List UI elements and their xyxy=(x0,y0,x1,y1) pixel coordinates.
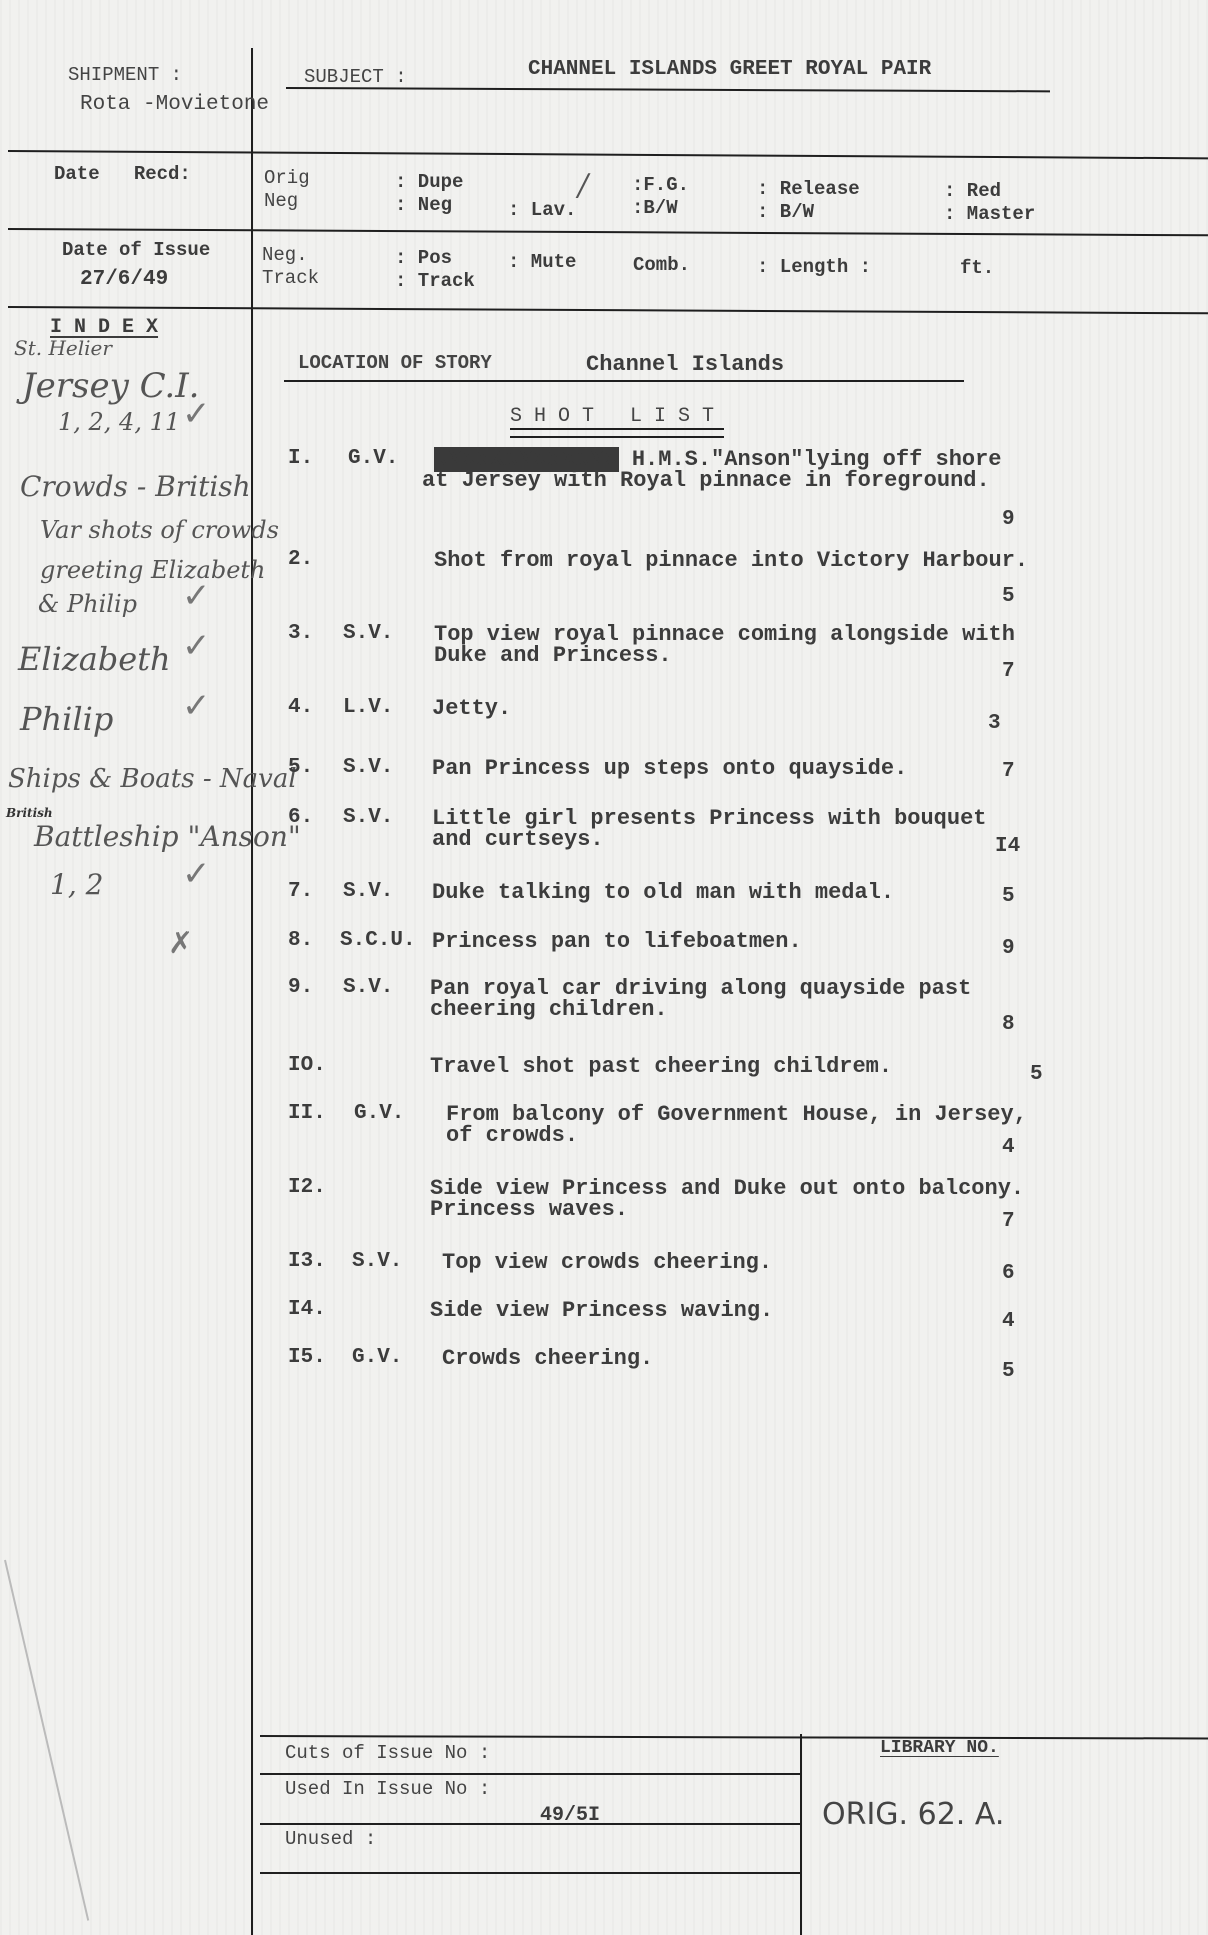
shot-view-code: S.V. xyxy=(343,976,393,999)
shot-length: 5 xyxy=(1002,585,1015,608)
length-unit: ft. xyxy=(960,257,994,280)
shot-view-code: G.V. xyxy=(354,1102,404,1125)
index-entry: 1, 2, 4, 11 xyxy=(58,408,180,436)
shot-description: Pan royal car driving along quayside pas… xyxy=(430,978,971,1020)
mute-label: : Mute xyxy=(508,251,576,274)
shot-number: 4. xyxy=(288,696,313,719)
shot-number: 6. xyxy=(288,806,313,829)
location-underline xyxy=(284,380,964,382)
check-mark-icon: ✓ xyxy=(182,394,211,434)
shot-view-code: S.V. xyxy=(352,1250,402,1273)
index-entry: Elizabeth xyxy=(18,640,171,678)
shot-list-title-underline-2 xyxy=(510,436,724,438)
shot-number: 3. xyxy=(288,622,313,645)
footer-rule-3 xyxy=(260,1823,800,1825)
index-entry: Var shots of crowds xyxy=(40,516,279,544)
shot-description: XXXXXXXXXXXXX H.M.S."Anson"lying off sho… xyxy=(434,449,1002,491)
red-master-label: : Red : Master xyxy=(944,180,1035,226)
neg-track-label: Neg. Track xyxy=(262,244,319,290)
footer-rule-top xyxy=(260,1735,1208,1739)
shot-description: Jetty. xyxy=(432,698,511,719)
check-mark-icon: ✓ xyxy=(182,854,211,894)
shot-length: 9 xyxy=(1002,508,1015,531)
footer-divider xyxy=(800,1734,802,1935)
release-bw-label: : Release : B/W xyxy=(757,178,860,224)
shot-view-code: S.V. xyxy=(343,880,393,903)
fg-bw-label: :F.G. :B/W xyxy=(632,174,689,220)
rule-header-bottom xyxy=(8,150,1208,159)
location-label: LOCATION OF STORY xyxy=(298,352,492,374)
shot-length: 7 xyxy=(1002,1210,1015,1233)
index-entry: Crowds - British xyxy=(20,470,251,503)
shot-list-title-underline xyxy=(510,428,724,430)
shot-length: 9 xyxy=(1002,937,1015,960)
pos-track-label: : Pos : Track xyxy=(395,247,475,293)
lav-handwritten-mark: / xyxy=(578,168,588,203)
cuts-of-issue-label: Cuts of Issue No : xyxy=(285,1742,490,1764)
shot-view-code: S.V. xyxy=(343,806,393,829)
subject-label: SUBJECT : xyxy=(304,66,407,89)
shot-length: 4 xyxy=(1002,1136,1015,1159)
shot-description: Crowds cheering. xyxy=(442,1348,653,1369)
shot-view-code: S.V. xyxy=(343,756,393,779)
used-in-issue-label: Used In Issue No : xyxy=(285,1778,490,1800)
dupe-neg-sub-label: : Neg xyxy=(395,194,463,217)
shot-length: 6 xyxy=(1002,1262,1015,1285)
shot-description: Shot from royal pinnace into Victory Har… xyxy=(434,550,1028,571)
index-entry: British xyxy=(6,806,53,820)
unused-label: Unused : xyxy=(285,1828,376,1850)
shot-length: 5 xyxy=(1002,885,1015,908)
index-entry: Ships & Boats - Naval xyxy=(8,764,297,794)
orig-neg-label: Orig Neg xyxy=(264,167,310,213)
library-no-label: LIBRARY NO. xyxy=(880,1738,999,1758)
shot-number: II. xyxy=(288,1102,326,1125)
shot-number: I2. xyxy=(288,1176,326,1199)
shot-length: I4 xyxy=(995,835,1020,858)
shot-description: From balcony of Government House, in Jer… xyxy=(446,1104,1027,1146)
shot-view-code: L.V. xyxy=(343,696,393,719)
pen-scribble-icon: ✗ xyxy=(168,926,193,961)
shot-number: I3. xyxy=(288,1250,326,1273)
dupe-neg-label: : Dupe : Neg xyxy=(395,171,463,217)
red-label: : Red xyxy=(944,180,1035,203)
neg-track-track-label: Track xyxy=(262,267,319,290)
index-entry: Philip xyxy=(20,700,113,738)
shot-list-title: S H O T L I S T xyxy=(510,405,714,428)
shot-number: 9. xyxy=(288,976,313,999)
release-bw-sub-label: : B/W xyxy=(757,201,860,224)
shot-length: 7 xyxy=(1002,760,1015,783)
neg-label: Neg xyxy=(264,190,310,213)
check-mark-icon: ✓ xyxy=(182,626,211,666)
fg-bw-sub-label: :B/W xyxy=(632,197,689,220)
index-entry: 1, 2 xyxy=(50,868,103,901)
shot-description: Princess pan to lifeboatmen. xyxy=(432,931,802,952)
used-in-issue-value: 49/5I xyxy=(540,1804,600,1827)
shot-description: Pan Princess up steps onto quayside. xyxy=(432,758,907,779)
shot-number: I4. xyxy=(288,1298,326,1321)
date-issue-label: Date of Issue xyxy=(62,239,210,262)
index-entry: Battleship "Anson" xyxy=(34,820,301,853)
shot-number: I5. xyxy=(288,1346,326,1369)
check-mark-icon: ✓ xyxy=(182,576,211,616)
shot-view-code: S.V. xyxy=(343,622,393,645)
shot-description: Side view Princess and Duke out onto bal… xyxy=(430,1178,1024,1220)
shot-view-code: G.V. xyxy=(352,1346,402,1369)
orig-label: Orig xyxy=(264,167,310,190)
pos-label: : Pos xyxy=(395,247,475,270)
shot-description: Top view royal pinnace coming alongside … xyxy=(434,624,1015,666)
shot-length: 4 xyxy=(1002,1310,1015,1333)
shot-number: 2. xyxy=(288,548,313,571)
subject-underline xyxy=(286,87,1050,92)
shot-number: 8. xyxy=(288,929,313,952)
dupe-label: : Dupe xyxy=(395,171,463,194)
date-issue-value: 27/6/49 xyxy=(80,268,168,291)
shot-length: 7 xyxy=(1002,660,1015,683)
shot-number: 5. xyxy=(288,756,313,779)
location-value: Channel Islands xyxy=(586,352,784,377)
fg-label: :F.G. xyxy=(632,174,689,197)
neg-track-neg-label: Neg. xyxy=(262,244,319,267)
footer-rule-4 xyxy=(260,1872,800,1874)
index-entry: Jersey C.I. xyxy=(22,366,199,406)
release-label: : Release xyxy=(757,178,860,201)
shot-length: 5 xyxy=(1002,1360,1015,1383)
footer-rule-2 xyxy=(260,1773,800,1775)
page-fold-edge xyxy=(4,1560,89,1921)
date-recd-label: Date Recd: xyxy=(54,163,191,186)
left-column-divider xyxy=(251,48,253,1935)
subject-value: CHANNEL ISLANDS GREET ROYAL PAIR xyxy=(528,58,931,81)
shot-number: I. xyxy=(288,447,313,470)
master-label: : Master xyxy=(944,203,1035,226)
check-mark-icon: ✓ xyxy=(182,686,211,726)
rule-issue-bottom xyxy=(8,306,1208,314)
library-no-value: ORIG. 62. A. xyxy=(822,1797,1004,1832)
index-entry: & Philip xyxy=(38,590,137,618)
index-entry: greeting Elizabeth xyxy=(40,556,266,584)
shot-view-code: S.C.U. xyxy=(340,929,416,952)
shot-length: 8 xyxy=(1002,1013,1015,1036)
length-label: : Length : xyxy=(757,256,871,279)
shot-number: IO. xyxy=(288,1054,326,1077)
shot-description: Side view Princess waving. xyxy=(430,1300,773,1321)
shot-view-code: G.V. xyxy=(348,447,398,470)
shot-length: 3 xyxy=(988,712,1001,735)
pos-track-sub-label: : Track xyxy=(395,270,475,293)
shot-description: Little girl presents Princess with bouqu… xyxy=(432,808,987,850)
shot-number: 7. xyxy=(288,880,313,903)
shot-description: Duke talking to old man with medal. xyxy=(432,882,894,903)
shot-length: 5 xyxy=(1030,1063,1043,1086)
rule-recd-bottom xyxy=(8,228,1208,236)
shipment-value: Rota -Movietone xyxy=(80,93,269,116)
shot-description: Travel shot past cheering childrem. xyxy=(430,1056,892,1077)
comb-label: Comb. xyxy=(633,254,690,277)
lav-label: : Lav. xyxy=(508,199,576,222)
shipment-label: SHIPMENT : xyxy=(68,64,182,87)
index-entry: St. Helier xyxy=(14,336,112,360)
shot-description: Top view crowds cheering. xyxy=(442,1252,772,1273)
